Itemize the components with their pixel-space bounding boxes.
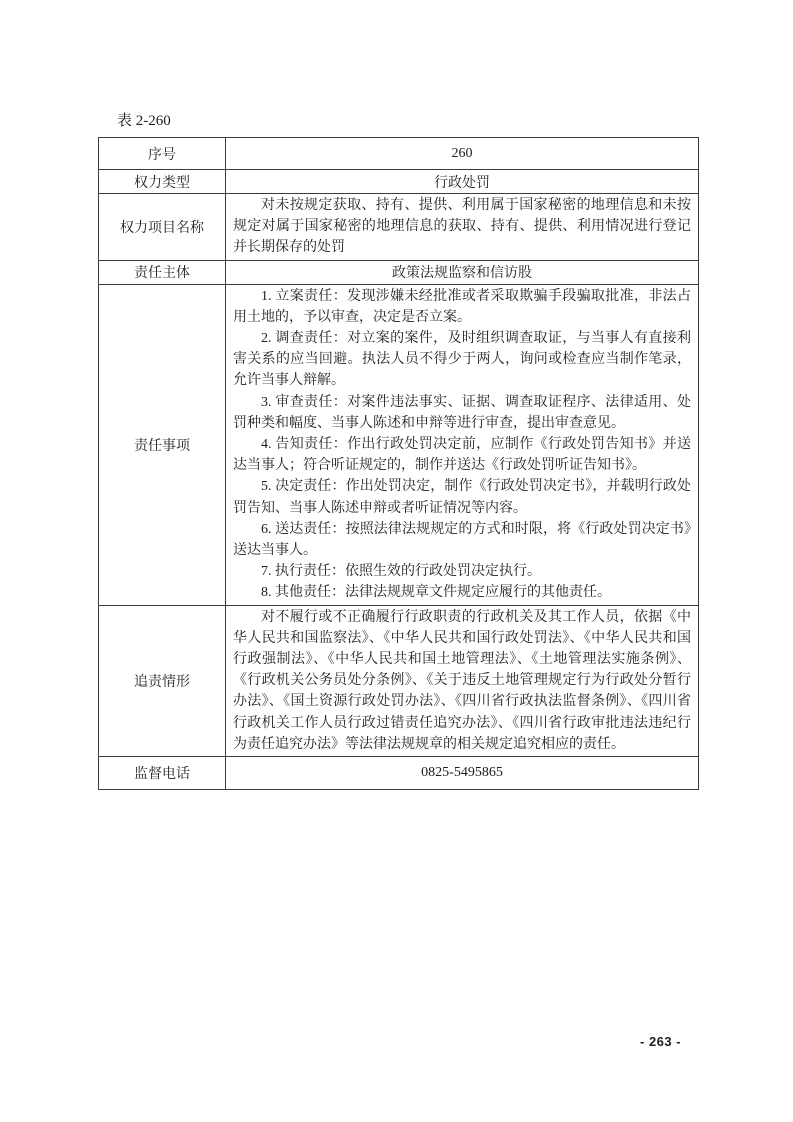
table-row-responsibility-items: 责任事项 1. 立案责任：发现涉嫌未经批准或者采取欺骗手段骗取批准，非法占用土地…	[99, 284, 699, 605]
row-value-responsible-body: 政策法规监察和信访股	[226, 260, 699, 284]
page-number: - 263 -	[640, 1034, 681, 1049]
accountability-text: 对不履行或不正确履行行政职责的行政机关及其工作人员，依据《中华人民共和国监察法》…	[233, 607, 691, 755]
row-value-supervision-phone: 0825-5495865	[226, 757, 699, 790]
table-row-power-type: 权力类型 行政处罚	[99, 170, 699, 194]
duty-item-7: 7. 执行责任：依照生效的行政处罚决定执行。	[233, 561, 691, 582]
row-value-responsibility-items: 1. 立案责任：发现涉嫌未经批准或者采取欺骗手段骗取批准，非法占用土地的，予以审…	[226, 284, 699, 605]
duty-item-8: 8. 其他责任：法律法规规章文件规定应履行的其他责任。	[233, 582, 691, 603]
table-row-accountability-situations: 追责情形 对不履行或不正确履行行政职责的行政机关及其工作人员，依据《中华人民共和…	[99, 605, 699, 756]
power-item-table: 序号 260 权力类型 行政处罚 权力项目名称 对未按规定获取、持有、提供、利用…	[98, 137, 699, 790]
table-row-supervision-phone: 监督电话 0825-5495865	[99, 757, 699, 790]
duty-item-1: 1. 立案责任：发现涉嫌未经批准或者采取欺骗手段骗取批准，非法占用土地的，予以审…	[233, 286, 691, 328]
table-row-serial-number: 序号 260	[99, 138, 699, 170]
row-value-power-type: 行政处罚	[226, 170, 699, 194]
document-page: 表 2-260 序号 260 权力类型 行政处罚 权力项目名称 对未按规定获取、…	[0, 0, 793, 1122]
row-value-serial-number: 260	[226, 138, 699, 170]
table-row-power-item-name: 权力项目名称 对未按规定获取、持有、提供、利用属于国家秘密的地理信息和未按规定对…	[99, 194, 699, 261]
duty-item-5: 5. 决定责任：作出处罚决定，制作《行政处罚决定书》，并载明行政处罚告知、当事人…	[233, 476, 691, 518]
row-label-serial-number: 序号	[99, 138, 226, 170]
row-label-power-type: 权力类型	[99, 170, 226, 194]
duty-item-6: 6. 送达责任：按照法律法规规定的方式和时限，将《行政处罚决定书》送达当事人。	[233, 519, 691, 561]
duty-item-3: 3. 审查责任：对案件违法事实、证据、调查取证程序、法律适用、处罚种类和幅度、当…	[233, 392, 691, 434]
row-label-accountability-situations: 追责情形	[99, 605, 226, 756]
row-label-responsibility-items: 责任事项	[99, 284, 226, 605]
duty-item-4: 4. 告知责任：作出行政处罚决定前，应制作《行政处罚告知书》并送达当事人；符合听…	[233, 434, 691, 476]
table-row-responsible-body: 责任主体 政策法规监察和信访股	[99, 260, 699, 284]
row-label-power-item-name: 权力项目名称	[99, 194, 226, 261]
row-label-responsible-body: 责任主体	[99, 260, 226, 284]
table-caption: 表 2-260	[117, 111, 171, 131]
row-label-supervision-phone: 监督电话	[99, 757, 226, 790]
row-value-accountability-situations: 对不履行或不正确履行行政职责的行政机关及其工作人员，依据《中华人民共和国监察法》…	[226, 605, 699, 756]
duty-item-2: 2. 调查责任：对立案的案件，及时组织调查取证，与当事人有直接利害关系的应当回避…	[233, 328, 691, 392]
power-item-name-text: 对未按规定获取、持有、提供、利用属于国家秘密的地理信息和未按规定对属于国家秘密的…	[233, 195, 691, 259]
row-value-power-item-name: 对未按规定获取、持有、提供、利用属于国家秘密的地理信息和未按规定对属于国家秘密的…	[226, 194, 699, 261]
